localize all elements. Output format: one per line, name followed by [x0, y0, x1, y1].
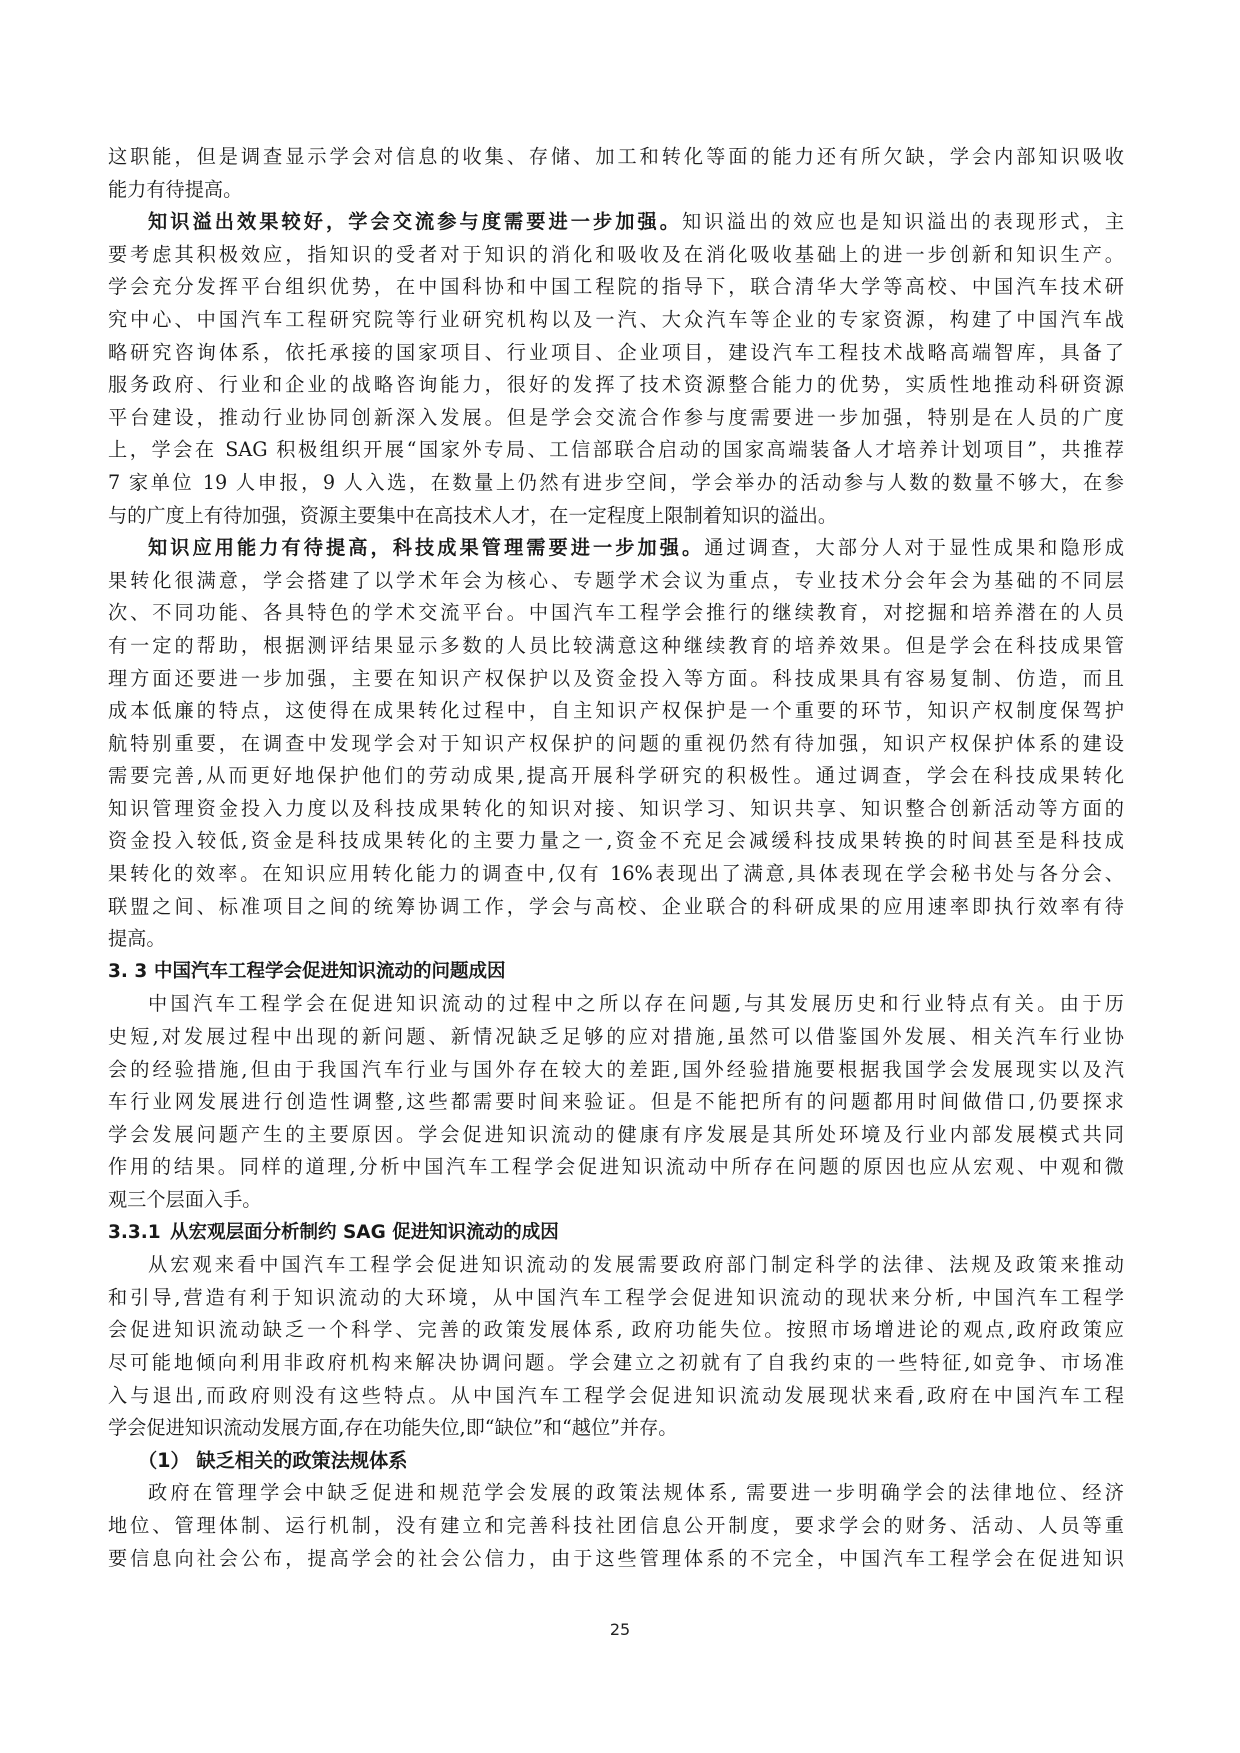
- text-line: 成本低廉的特点，这使得在成果转化过程中，自主知识产权保护是一个重要的环节，知识产…: [108, 695, 1124, 728]
- text-line: 作用的结果。同样的道理,分析中国汽车工程学会促进知识流动中所存在问题的原因也应从…: [108, 1151, 1124, 1184]
- numbered-subheading: （1） 缺乏相关的政策法规体系: [108, 1445, 1124, 1478]
- paragraph-knowledge-application: 知识应用能力有待提高，科技成果管理需要进一步加强。通过调查，大部分人对于显性成果…: [108, 532, 1124, 956]
- text-line: 学会充分发挥平台组织优势，在中国科协和中国工程院的指导下，联合清华大学等高校、中…: [108, 271, 1124, 304]
- text-line: 要信息向社会公布，提高学会的社会公信力，由于这些管理体系的不完全，中国汽车工程学…: [108, 1543, 1124, 1576]
- paragraph-lead-bold: 知识应用能力有待提高，科技成果管理需要进一步加强。: [148, 536, 704, 559]
- page-number: 25: [0, 1620, 1240, 1639]
- text-line: 入与退出,而政府则没有这些特点。从中国汽车工程学会促进知识流动发展现状来看,政府…: [108, 1380, 1124, 1413]
- text-line: 知识溢出效果较好，学会交流参与度需要进一步加强。知识溢出的效应也是知识溢出的表现…: [108, 206, 1124, 239]
- document-page: 这职能，但是调查显示学会对信息的收集、存储、加工和转化等面的能力还有所欠缺，学会…: [108, 141, 1124, 1575]
- text-line: 政府在管理学会中缺乏促进和规范学会发展的政策法规体系, 需要进一步明确学会的法律…: [108, 1477, 1124, 1510]
- text-line: 平台建设，推动行业协同创新深入发展。但是学会交流合作参与度需要进一步加强，特别是…: [108, 402, 1124, 435]
- paragraph-causes-intro: 中国汽车工程学会在促进知识流动的过程中之所以存在问题,与其发展历史和行业特点有关…: [108, 988, 1124, 1216]
- text-line: 这职能，但是调查显示学会对信息的收集、存储、加工和转化等面的能力还有所欠缺，学会…: [108, 141, 1124, 174]
- text-run: 知识溢出的效应也是知识溢出的表现形式，主: [682, 210, 1124, 233]
- text-line: 尽可能地倾向利用非政府机构来解决协调问题。学会建立之初就有了自我约束的一些特征,…: [108, 1347, 1124, 1380]
- text-line: 能力有待提高。: [108, 174, 1124, 207]
- paragraph-lead-bold: 知识溢出效果较好，学会交流参与度需要进一步加强。: [148, 210, 682, 233]
- subsection-title: 从宏观层面分析制约 SAG 促进知识流动的成因: [170, 1222, 559, 1243]
- section-heading: 3. 3中国汽车工程学会促进知识流动的问题成因: [108, 956, 1124, 989]
- text-line: 资金投入较低,资金是科技成果转化的主要力量之一,资金不充足会减缓科技成果转换的时…: [108, 825, 1124, 858]
- text-line: 学会促进知识流动发展方面,存在功能失位,即“缺位”和“越位”并存。: [108, 1412, 1124, 1445]
- section-title: 中国汽车工程学会促进知识流动的问题成因: [154, 961, 506, 982]
- text-run: 通过调查，大部分人对于显性成果和隐形成: [704, 536, 1124, 559]
- text-line: 果转化很满意，学会搭建了以学术年会为核心、专题学术会议为重点，专业技术分会年会为…: [108, 565, 1124, 598]
- text-line: 会的经验措施,但由于我国汽车行业与国外存在较大的差距,国外经验措施要根据我国学会…: [108, 1054, 1124, 1087]
- text-line: 知识管理资金投入力度以及科技成果转化的知识对接、知识学习、知识共享、知识整合创新…: [108, 793, 1124, 826]
- text-line: 观三个层面入手。: [108, 1184, 1124, 1217]
- text-line: 会促进知识流动缺乏一个科学、完善的政策发展体系, 政府功能失位。按照市场增进论的…: [108, 1314, 1124, 1347]
- text-line: 航特别重要，在调查中发现学会对于知识产权保护的问题的重视仍然有待加强，知识产权保…: [108, 728, 1124, 761]
- text-line: 上，学会在 SAG 积极组织开展“国家外专局、工信部联合启动的国家高端装备人才培…: [108, 434, 1124, 467]
- paragraph-macro-analysis: 从宏观来看中国汽车工程学会促进知识流动的发展需要政府部门制定科学的法律、法规及政…: [108, 1249, 1124, 1445]
- text-line: 从宏观来看中国汽车工程学会促进知识流动的发展需要政府部门制定科学的法律、法规及政…: [108, 1249, 1124, 1282]
- text-line: 7 家单位 19 人申报，9 人入选，在数量上仍然有进步空间，学会举办的活动参与…: [108, 467, 1124, 500]
- text-line: 究中心、中国汽车工程研究院等行业研究机构以及一汽、大众汽车等企业的专家资源，构建…: [108, 304, 1124, 337]
- text-line: 学会发展问题产生的主要原因。学会促进知识流动的健康有序发展是其所处环境及行业内部…: [108, 1119, 1124, 1152]
- text-line: 和引导,营造有利于知识流动的大环境，从中国汽车工程学会促进知识流动的现状来分析,…: [108, 1282, 1124, 1315]
- text-line: 联盟之间、标准项目之间的统筹协调工作，学会与高校、企业联合的科研成果的应用速率即…: [108, 891, 1124, 924]
- text-line: 提高。: [108, 923, 1124, 956]
- text-line: 服务政府、行业和企业的战略咨询能力，很好的发挥了技术资源整合能力的优势，实质性地…: [108, 369, 1124, 402]
- paragraph-policy-system: 政府在管理学会中缺乏促进和规范学会发展的政策法规体系, 需要进一步明确学会的法律…: [108, 1477, 1124, 1575]
- text-line: 与的广度上有待加强，资源主要集中在高技术人才，在一定程度上限制着知识的溢出。: [108, 500, 1124, 533]
- text-line: 中国汽车工程学会在促进知识流动的过程中之所以存在问题,与其发展历史和行业特点有关…: [108, 988, 1124, 1021]
- text-line: 果转化的效率。在知识应用转化能力的调查中,仅有 16%表现出了满意,具体表现在学…: [108, 858, 1124, 891]
- subsection-number: 3.3.1: [108, 1217, 170, 1250]
- text-line: 车行业网发展进行创造性调整,这些都需要时间来验证。但是不能把所有的问题都用时间做…: [108, 1086, 1124, 1119]
- text-line: 略研究咨询体系，依托承接的国家项目、行业项目、企业项目，建设汽车工程技术战略高端…: [108, 337, 1124, 370]
- paragraph-knowledge-spillover: 知识溢出效果较好，学会交流参与度需要进一步加强。知识溢出的效应也是知识溢出的表现…: [108, 206, 1124, 532]
- text-line: 史短,对发展过程中出现的新问题、新情况缺乏足够的应对措施,虽然可以借鉴国外发展、…: [108, 1021, 1124, 1054]
- subsection-heading: 3.3.1从宏观层面分析制约 SAG 促进知识流动的成因: [108, 1217, 1124, 1250]
- paragraph-continuation: 这职能，但是调查显示学会对信息的收集、存储、加工和转化等面的能力还有所欠缺，学会…: [108, 141, 1124, 206]
- text-line: 地位、管理体制、运行机制，没有建立和完善科技社团信息公开制度，要求学会的财务、活…: [108, 1510, 1124, 1543]
- text-line: 理方面还要进一步加强，主要在知识产权保护以及资金投入等方面。科技成果具有容易复制…: [108, 663, 1124, 696]
- text-line: 知识应用能力有待提高，科技成果管理需要进一步加强。通过调查，大部分人对于显性成果…: [108, 532, 1124, 565]
- text-line: 需要完善,从而更好地保护他们的劳动成果,提高开展科学研究的积极性。通过调查，学会…: [108, 760, 1124, 793]
- text-line: 要考虑其积极效应，指知识的受者对于知识的消化和吸收及在消化吸收基础上的进一步创新…: [108, 239, 1124, 272]
- text-line: 次、不同功能、各具特色的学术交流平台。中国汽车工程学会推行的继续教育，对挖掘和培…: [108, 597, 1124, 630]
- section-number: 3. 3: [108, 956, 154, 989]
- text-line: 有一定的帮助，根据测评结果显示多数的人员比较满意这种继续教育的培养效果。但是学会…: [108, 630, 1124, 663]
